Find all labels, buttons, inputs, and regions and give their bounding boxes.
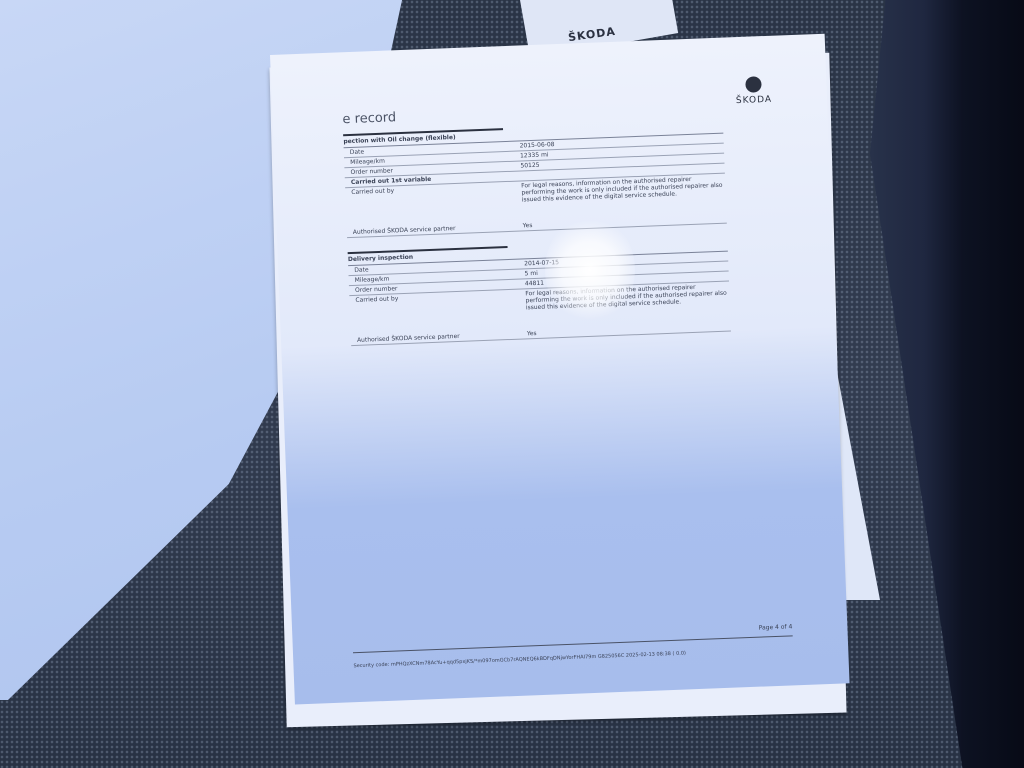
skoda-logo: ŠKODA	[735, 76, 772, 106]
section-oil-change: pection with Oil change (flexible) Date2…	[343, 120, 727, 239]
security-code: Security code: mPHQzXCNm78AcYu+qqd5pxjKS…	[353, 635, 793, 669]
service-record-page: e record ŠKODA pection with Oil change (…	[270, 34, 850, 705]
section-delivery-inspection: Delivery inspection Date2014-07-15 Milea…	[348, 238, 731, 347]
light-glare	[545, 215, 635, 325]
page-number: Page 4 of 4	[759, 623, 793, 631]
skoda-winged-arrow-icon	[745, 76, 762, 93]
logo-text: ŠKODA	[736, 95, 772, 106]
page-title: e record	[342, 110, 396, 127]
